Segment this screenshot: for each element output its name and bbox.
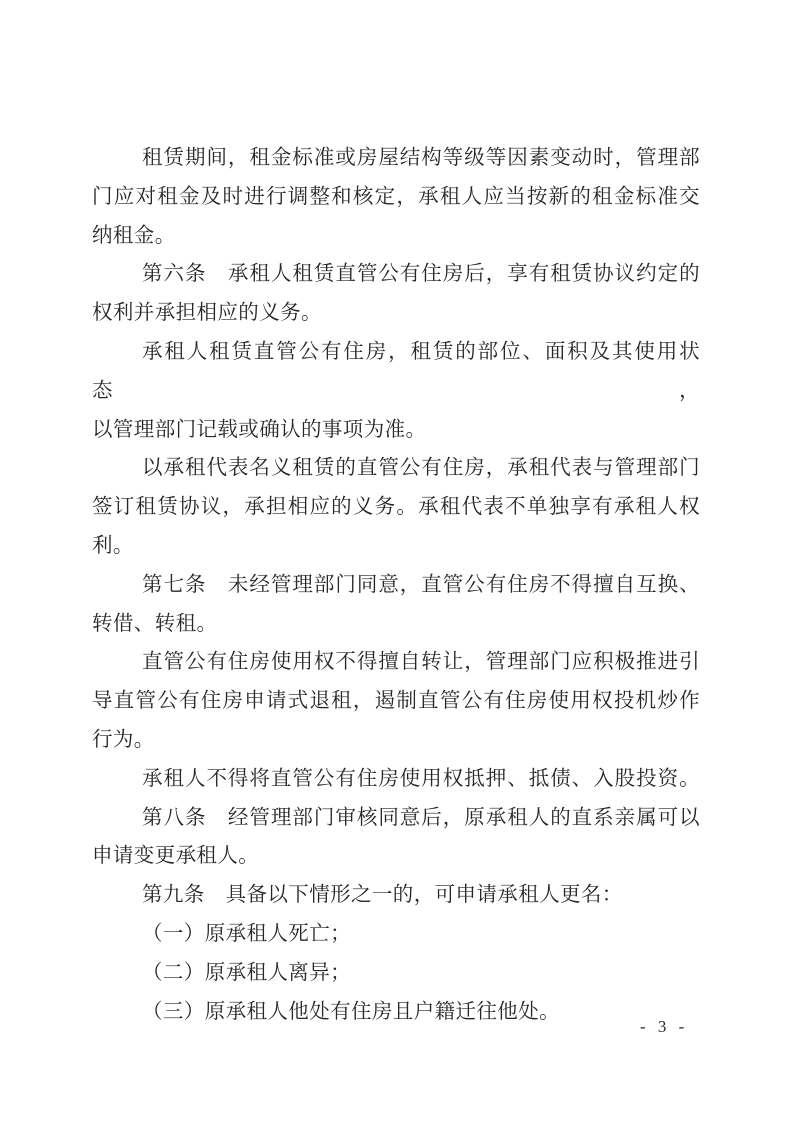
document-line: 权利并承担相应的义务。 [92, 294, 700, 333]
document-line: 纳租金。 [92, 217, 700, 256]
document-line: 转借、转租。 [92, 605, 700, 644]
document-line: 第六条 承租人租赁直管公有住房后，享有租赁协议约定的 [92, 255, 700, 294]
document-list-item: （一）原承租人死亡； [92, 915, 700, 954]
document-line: 第八条 经管理部门审核同意后，原承租人的直系亲属可以 [92, 799, 700, 838]
document-line: 利。 [92, 527, 700, 566]
document-line: 第七条 未经管理部门同意，直管公有住房不得擅自互换、 [92, 566, 700, 605]
document-line: 直管公有住房使用权不得擅自转让，管理部门应积极推进引 [92, 643, 700, 682]
document-line: 第九条 具备以下情形之一的，可申请承租人更名： [92, 876, 700, 915]
document-line: 签订租赁协议，承担相应的义务。承租代表不单独享有承租人权 [92, 488, 700, 527]
document-line: 门应对租金及时进行调整和核定，承租人应当按新的租金标准交 [92, 178, 700, 217]
document-page: 租赁期间，租金标准或房屋结构等级等因素变动时，管理部 门应对租金及时进行调整和核… [0, 0, 793, 1122]
document-line: 租赁期间，租金标准或房屋结构等级等因素变动时，管理部 [92, 139, 700, 178]
document-line: 承租人租赁直管公有住房，租赁的部位、面积及其使用状态， [92, 333, 700, 411]
document-line: 以管理部门记载或确认的事项为准。 [92, 411, 700, 450]
document-body: 租赁期间，租金标准或房屋结构等级等因素变动时，管理部 门应对租金及时进行调整和核… [92, 139, 700, 1031]
document-line: 承租人不得将直管公有住房使用权抵押、抵债、入股投资。 [92, 760, 700, 799]
document-line: 行为。 [92, 721, 700, 760]
document-list-item: （三）原承租人他处有住房且户籍迁往他处。 [92, 993, 700, 1032]
document-line: 以承租代表名义租赁的直管公有住房，承租代表与管理部门 [92, 449, 700, 488]
page-number: - 3 - [640, 1017, 700, 1037]
document-list-item: （二）原承租人离异； [92, 954, 700, 993]
document-line: 导直管公有住房申请式退租，遏制直管公有住房使用权投机炒作 [92, 682, 700, 721]
document-line: 申请变更承租人。 [92, 837, 700, 876]
